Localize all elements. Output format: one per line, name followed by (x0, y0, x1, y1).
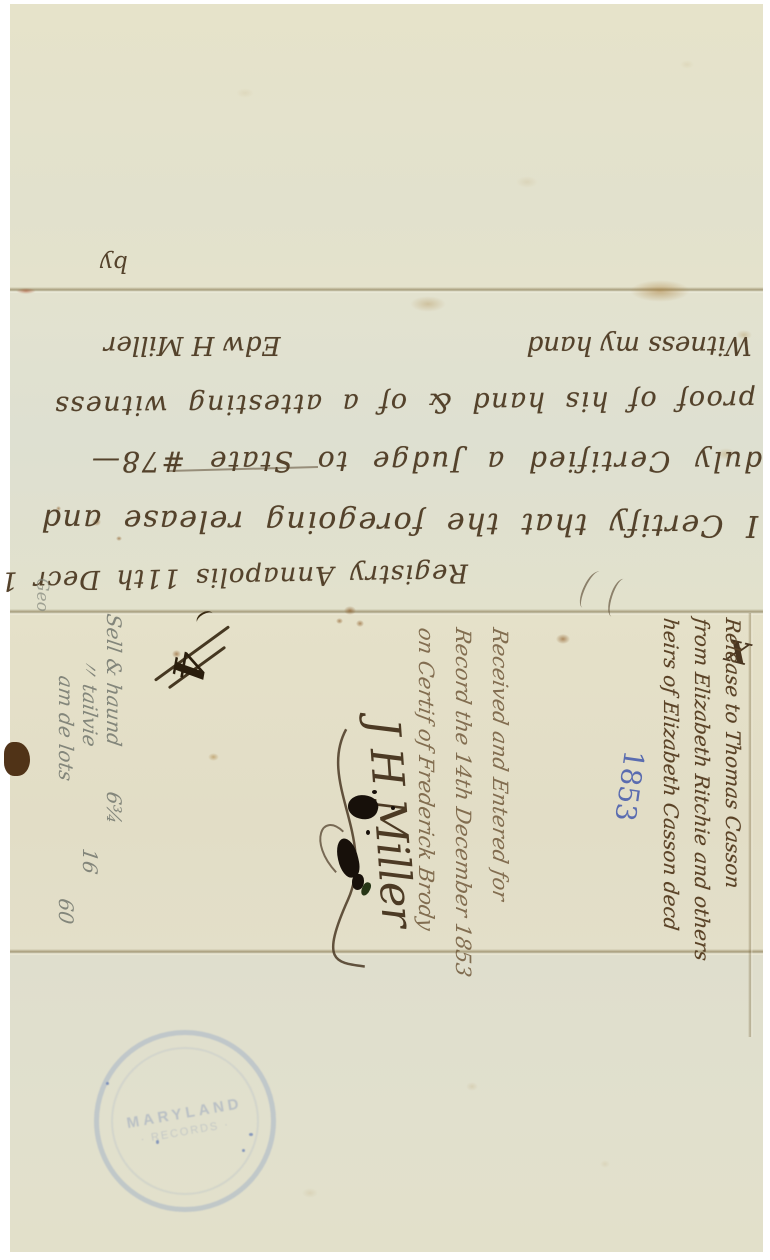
pencil-label: 〃 tailvie (78, 656, 102, 748)
stain (356, 620, 364, 627)
pencil-row: 〃 tailvie 16 (78, 656, 102, 875)
inverted-dateline: Registry Annapolis 11th Decr 1853 (0, 557, 468, 596)
stamp-speck (242, 1149, 245, 1152)
stain (466, 1082, 478, 1091)
docket-line-1: Release to Thomas Casson (717, 616, 748, 957)
ink-spatter (366, 830, 370, 835)
stain (236, 88, 254, 98)
docket-title-block: Release to Thomas Casson from Elizabeth … (652, 618, 748, 956)
stain (302, 1188, 318, 1198)
pencil-value: 16 (78, 847, 102, 876)
witness-phrase: Witness my hand (527, 330, 752, 360)
inverted-line-4: proof of his hand & of a attesting witne… (53, 384, 756, 421)
ink-blob-left-edge (4, 742, 30, 776)
clerk-name: Edw H Miller (104, 330, 280, 360)
ink-spatter (391, 806, 395, 810)
pencil-fragment-block: Geo (6, 578, 52, 670)
stain (344, 606, 356, 615)
stain (208, 753, 219, 761)
stamp-text-main: MARYLAND (126, 1094, 244, 1131)
inverted-line-3: duly Certified a Judge to State #78— (90, 445, 762, 478)
stain (516, 176, 538, 188)
paper-panel-top (10, 4, 763, 291)
stamp-speck (249, 1133, 253, 1136)
stain (556, 634, 570, 644)
docket-line-2: from Elizabeth Ritchie and others (686, 616, 717, 957)
docket-line-3: heirs of Elizabeth Casson decd (655, 616, 686, 957)
record-line-1: Received and Entered for (481, 625, 518, 966)
pencil-notes-block: Sell & haund 6¾ 〃 tailvie 16 am de lots … (50, 614, 126, 974)
fold-note-text: by (100, 250, 128, 276)
pencil-label: Sell & haund (102, 612, 126, 748)
inverted-witness-line: Witness my hand Edw H Miller (104, 330, 752, 360)
stain (600, 1160, 610, 1168)
pencil-row: am de lots 60 (54, 674, 78, 925)
stamp-speck (156, 1140, 159, 1144)
pencil-label: am de lots (54, 674, 78, 782)
inverted-writing-block: Registry Annapolis 11th Decr 1853 I Cert… (70, 296, 762, 598)
stain (680, 60, 694, 69)
archive-stamp: MARYLAND · RECORDS · (94, 1030, 276, 1212)
pencil-value: 6¾ (102, 790, 126, 825)
stain (16, 288, 36, 294)
document-scan: by Registry Annapolis 11th Decr 1853 I C… (0, 0, 770, 1260)
fold-crease-vertical (748, 613, 753, 1037)
stain (336, 618, 343, 624)
ink-spatter (372, 790, 377, 794)
pencil-value: 60 (54, 897, 78, 926)
stamp-speck (106, 1082, 109, 1085)
blue-year-annotation: 1853 (584, 750, 644, 850)
stamp-text-sub: · RECORDS · (139, 1118, 230, 1146)
year-text: 1853 (604, 748, 651, 852)
inverted-certify-line: I Certify that the foregoing release and (40, 502, 758, 543)
pencil-row: Sell & haund 6¾ (102, 612, 126, 825)
pencil-fragment-text: Geo (32, 578, 52, 670)
record-line-2: Record the 14th December 1853 (444, 625, 481, 966)
